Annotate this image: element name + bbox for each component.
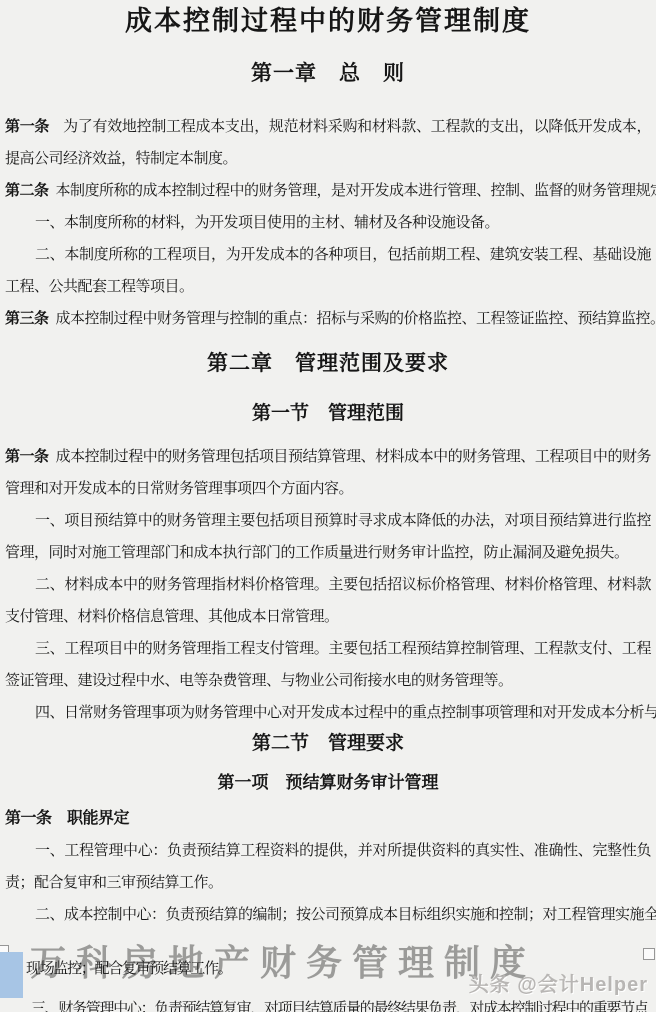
article-1: 第一条为了有效地控制工程成本支出，规范材料采购和材料款、工程款的支出，以降低开发…	[5, 111, 651, 175]
duty-article-title: 第一条 职能界定	[5, 803, 651, 835]
toutiao-author-watermark: 头条 @会计Helper	[469, 973, 648, 997]
article-2-number: 第二条	[5, 183, 49, 199]
scope-article-1-text: 成本控制过程中的财务管理包括项目预结算管理、材料成本中的财务管理、工程项目中的财…	[5, 449, 651, 497]
article-1-text: 为了有效地控制工程成本支出，规范材料采购和材料款、工程款的支出，以降低开发成本，…	[5, 119, 651, 167]
scope-item-3: 三、工程项目中的财务管理指工程支付管理。主要包括工程预结算控制管理、工程款支付、…	[5, 633, 651, 697]
blue-accent-block	[0, 952, 23, 998]
scope-item-2: 二、材料成本中的财务管理指材料价格管理。主要包括招议标价格管理、材料价格管理、材…	[5, 569, 651, 633]
duty-item-2-line-2: 现场监控；配合复审预结算工作。	[26, 959, 232, 979]
duty-item-1: 一、工程管理中心：负责预结算工程资料的提供，并对所提供资料的真实性、准确性、完整…	[5, 835, 651, 899]
image-resize-handle-right[interactable]	[643, 948, 655, 960]
chapter-2-heading: 第二章 管理范围及要求	[5, 349, 651, 377]
section-2-heading: 第二节 管理要求	[5, 731, 651, 757]
scope-item-1: 一、项目预结算中的财务管理主要包括项目预算时寻求成本降低的办法，对项目预结算进行…	[5, 505, 651, 569]
article-3-text: 成本控制过程中财务管理与控制的重点：招标与采购的价格监控、工程签证监控、预结算监…	[56, 311, 656, 327]
watermark-zone: 万科房地产财务管理制度 现场监控；配合复审预结算工作。 头条 @会计Helper…	[0, 935, 656, 1012]
article-2-text: 本制度所称的成本控制过程中的财务管理，是对开发成本进行管理、控制、监督的财务管理…	[56, 183, 656, 199]
document-page: 成本控制过程中的财务管理制度 第一章 总 则 第一条为了有效地控制工程成本支出，…	[0, 0, 656, 931]
duty-item-2-line-1: 二、成本控制中心：负责预结算的编制；按公司预算成本目标组织实施和控制；对工程管理…	[5, 899, 651, 931]
part-1-heading: 第一项 预结算财务审计管理	[5, 771, 651, 795]
article-3: 第三条成本控制过程中财务管理与控制的重点：招标与采购的价格监控、工程签证监控、预…	[5, 303, 651, 335]
section-1-heading: 第一节 管理范围	[5, 401, 651, 427]
duty-item-3-clipped: 三、财务管理中心：负责预结算复审，对项目结算质量的最终结果负责，对成本控制过程中…	[31, 1002, 648, 1012]
document-title: 成本控制过程中的财务管理制度	[5, 4, 651, 38]
chapter-1-heading: 第一章 总 则	[5, 59, 651, 87]
article-2-item-2: 二、本制度所称的工程项目，为开发成本的各种项目，包括前期工程、建筑安装工程、基础…	[5, 239, 651, 303]
article-3-number: 第三条	[5, 311, 49, 327]
article-1-number: 第一条	[5, 119, 49, 135]
article-2: 第二条本制度所称的成本控制过程中的财务管理，是对开发成本进行管理、控制、监督的财…	[5, 175, 651, 207]
scope-article-1-number: 第一条	[5, 449, 49, 465]
scope-item-4: 四、日常财务管理事项为财务管理中心对开发成本过程中的重点控制事项管理和对开发成本…	[5, 697, 651, 729]
article-2-item-1: 一、本制度所称的材料，为开发项目使用的主材、辅材及各种设施设备。	[5, 207, 651, 239]
scope-article-1: 第一条成本控制过程中的财务管理包括项目预结算管理、材料成本中的财务管理、工程项目…	[5, 441, 651, 505]
